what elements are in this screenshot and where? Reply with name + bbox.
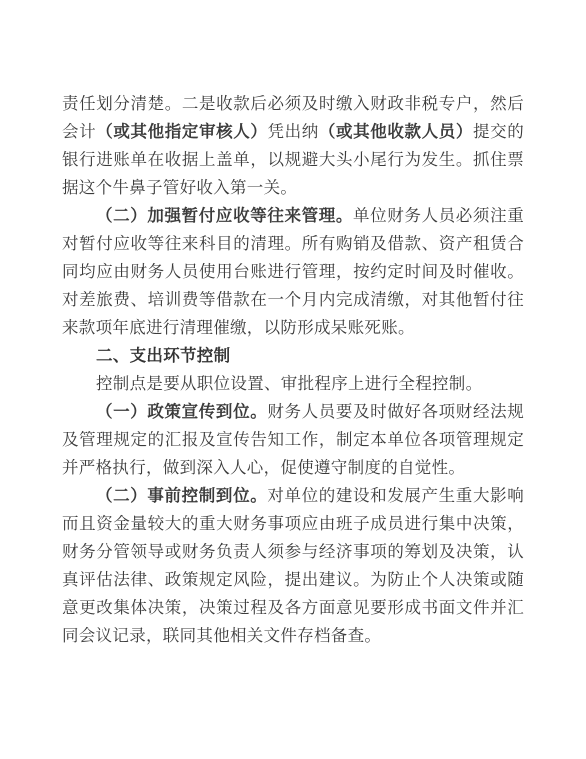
text-run: 对单位的建设和发展产生重大影响而且资金量较大的重大财务事项应由班子成员进行集中决… (62, 486, 524, 645)
document-page: 责任划分清楚。二是收款后必须及时缴入财政非税专户，然后会计（或其他指定审核人）凭… (0, 0, 586, 759)
text-run-emphasis: （一）政策宣传到位。 (96, 402, 267, 421)
text-run-emphasis: （二）事前控制到位。 (96, 486, 267, 505)
text-run-emphasis: （或其他指定审核人） (96, 122, 267, 141)
paragraph-pre-control: （二）事前控制到位。对单位的建设和发展产生重大影响而且资金量较大的重大财务事项应… (62, 482, 524, 650)
text-run: 凭出纳 (267, 122, 318, 141)
paragraph-control-points: 控制点是要从职位设置、审批程序上进行全程控制。 (62, 370, 524, 398)
heading-text: 二、支出环节控制 (96, 347, 230, 365)
text-run-emphasis: （或其他收款人员） (319, 122, 473, 141)
paragraph-receivables-management: （二）加强暂付应收等往来管理。单位财务人员必须注重对暂付应收等往来科目的清理。所… (62, 202, 524, 342)
text-run-emphasis: （二）加强暂付应收等往来管理。 (96, 206, 353, 225)
paragraph-revenue-control: 责任划分清楚。二是收款后必须及时缴入财政非税专户，然后会计（或其他指定审核人）凭… (62, 90, 524, 202)
document-content: 责任划分清楚。二是收款后必须及时缴入财政非税专户，然后会计（或其他指定审核人）凭… (62, 90, 524, 650)
text-run: 单位财务人员必须注重对暂付应收等往来科目的清理。所有购销及借款、资产租赁合同均应… (62, 206, 524, 337)
section-heading-expenditure-control: 二、支出环节控制 (62, 342, 524, 370)
paragraph-policy-promotion: （一）政策宣传到位。财务人员要及时做好各项财经法规及管理规定的汇报及宣传告知工作… (62, 398, 524, 482)
text-run: 控制点是要从职位设置、审批程序上进行全程控制。 (96, 374, 482, 393)
